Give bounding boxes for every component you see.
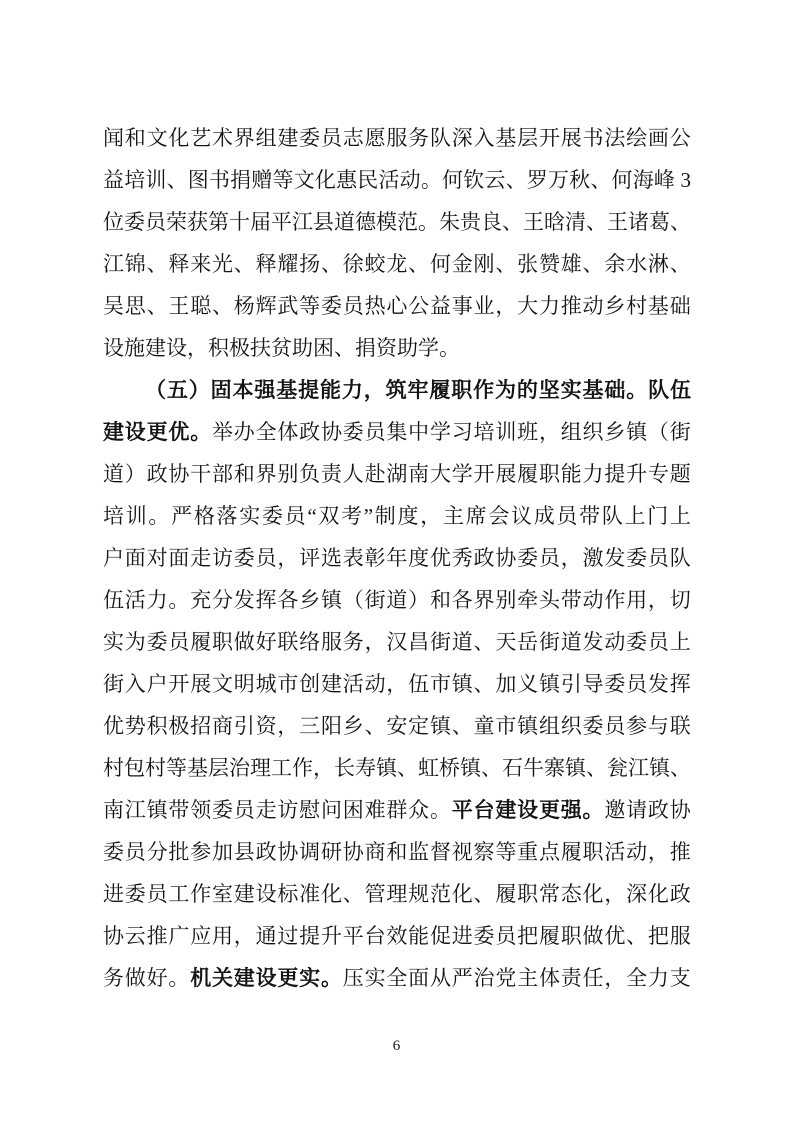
character: 积 — [208, 338, 229, 359]
text-line: 伍活力。充分发挥各乡镇（街道）和各界别牵头带动作用，切 — [103, 579, 691, 621]
character: 秋 — [569, 170, 590, 191]
character: 良 — [481, 212, 502, 233]
character: 化 — [315, 170, 336, 191]
character: 广 — [168, 926, 189, 947]
character: 明 — [234, 674, 255, 695]
character: 光 — [212, 254, 233, 275]
character: 工 — [168, 884, 189, 905]
character: 江 — [628, 758, 649, 779]
character: 、 — [147, 254, 168, 275]
character: 、 — [474, 674, 495, 695]
character: 何 — [612, 170, 633, 191]
character: 、 — [408, 254, 429, 275]
character: 、 — [234, 254, 255, 275]
character: 活 — [378, 170, 399, 191]
character: 等 — [495, 842, 516, 863]
character: 助 — [292, 338, 313, 359]
character: ， — [313, 758, 334, 779]
character: 彰 — [365, 548, 386, 569]
character: 中 — [408, 422, 429, 443]
character: 督 — [430, 842, 451, 863]
character: 、 — [474, 632, 495, 653]
character: 市 — [430, 674, 451, 695]
character: 化 — [583, 884, 604, 905]
bold-character: 力 — [342, 380, 363, 401]
character: 员 — [343, 296, 364, 317]
character: 和 — [125, 128, 146, 149]
character: 务 — [408, 128, 429, 149]
character: 负 — [299, 464, 320, 485]
character: 和 — [386, 842, 407, 863]
character: 支 — [670, 968, 691, 989]
character: 桥 — [439, 758, 460, 779]
character: 获 — [187, 212, 208, 233]
character: 导 — [583, 674, 604, 695]
character: 众 — [408, 800, 429, 821]
character: 赠 — [251, 170, 272, 191]
character: 入 — [474, 128, 495, 149]
character: 举 — [212, 422, 233, 443]
character: 市 — [495, 716, 516, 737]
character: 治 — [229, 758, 250, 779]
text-line: 益培训、图书捐赠等文化惠民活动。何钦云、罗万秋、何海峰 3 — [103, 159, 691, 201]
character: 推 — [670, 842, 691, 863]
character: 展 — [190, 674, 211, 695]
character: 、 — [586, 212, 607, 233]
character: 寨 — [544, 758, 565, 779]
character: 与 — [648, 716, 669, 737]
character: 提 — [299, 926, 320, 947]
character: 昌 — [408, 632, 429, 653]
character: 展 — [495, 464, 516, 485]
character: 员 — [604, 716, 625, 737]
character: 慰 — [299, 800, 320, 821]
character: 何 — [430, 254, 451, 275]
character: 界 — [256, 464, 277, 485]
character: 做 — [125, 968, 146, 989]
character: 织 — [583, 422, 604, 443]
character: 学 — [452, 464, 473, 485]
character: 、 — [670, 758, 691, 779]
character: 进 — [452, 926, 473, 947]
character: 诸 — [628, 212, 649, 233]
character: 何 — [442, 170, 463, 191]
character: 动 — [583, 296, 604, 317]
character: 上 — [670, 632, 691, 653]
character: 动 — [604, 632, 625, 653]
character: 王 — [523, 212, 544, 233]
character: 、 — [502, 212, 523, 233]
character: 络 — [299, 632, 320, 653]
character: 。 — [430, 800, 451, 821]
character: 益 — [430, 296, 451, 317]
character: 别 — [495, 590, 516, 611]
character: 水 — [626, 254, 647, 275]
character: 资 — [376, 338, 397, 359]
bold-character: 机 — [190, 968, 211, 989]
character: 思 — [125, 296, 146, 317]
character: 公 — [670, 128, 691, 149]
character: 群 — [386, 800, 407, 821]
character: ， — [277, 548, 298, 569]
character: 徐 — [343, 254, 364, 275]
character: 做 — [234, 632, 255, 653]
character: 委 — [125, 884, 146, 905]
character: 视 — [452, 842, 473, 863]
character: 联 — [277, 632, 298, 653]
character: 牛 — [523, 758, 544, 779]
character: 严 — [452, 968, 473, 989]
character: 文 — [147, 128, 168, 149]
character: 分 — [147, 842, 168, 863]
bold-character: 能 — [320, 380, 341, 401]
bold-character: 作 — [473, 380, 494, 401]
bold-character: 固 — [211, 380, 232, 401]
character: 助 — [397, 338, 418, 359]
character: 各 — [277, 590, 298, 611]
bold-character: 筑 — [386, 380, 407, 401]
document-page: 闻和文化艺术界组建委员志愿服务队深入基层开展书法绘画公益培训、图书捐赠等文化惠民… — [0, 0, 793, 1122]
character: 培 — [474, 422, 495, 443]
character: 瓮 — [607, 758, 628, 779]
character: 、 — [167, 170, 188, 191]
character: 云 — [125, 926, 146, 947]
bold-character: 基 — [583, 380, 604, 401]
character: 发 — [648, 674, 669, 695]
character: 队 — [430, 128, 451, 149]
bold-character: 关 — [212, 968, 233, 989]
character: 镇 — [147, 800, 168, 821]
character: 基 — [187, 758, 208, 779]
character: 寿 — [355, 758, 376, 779]
character: 云 — [484, 170, 505, 191]
character: 安 — [386, 716, 407, 737]
character: 员 — [168, 632, 189, 653]
character: 村 — [103, 758, 124, 779]
character: 础 — [670, 296, 691, 317]
bold-character: ） — [189, 380, 210, 401]
character: 委 — [212, 800, 233, 821]
character: 化 — [321, 884, 342, 905]
character: 力 — [539, 296, 560, 317]
character: ， — [604, 968, 625, 989]
character: 协 — [321, 422, 342, 443]
character: 员 — [145, 212, 166, 233]
character: 责 — [561, 968, 582, 989]
text-line: 江锦、释来光、释耀扬、徐蛟龙、何金刚、张赞雄、余水淋、 — [103, 243, 691, 285]
character: 户 — [147, 674, 168, 695]
character: 委 — [321, 296, 342, 317]
character: 员 — [321, 128, 342, 149]
character: 体 — [539, 968, 560, 989]
character: 镇 — [539, 674, 560, 695]
character: 服 — [321, 632, 342, 653]
character: 王 — [607, 212, 628, 233]
character: 力 — [583, 464, 604, 485]
character: 推 — [561, 296, 582, 317]
character: 做 — [583, 926, 604, 947]
character: 门 — [647, 506, 668, 527]
bold-character: 牢 — [408, 380, 429, 401]
bold-character: 实 — [299, 968, 320, 989]
character: ） — [408, 590, 429, 611]
character: 充 — [190, 590, 211, 611]
character: 愿 — [365, 128, 386, 149]
bold-character: 。 — [626, 380, 647, 401]
character: 调 — [299, 842, 320, 863]
character: 织 — [561, 716, 582, 737]
character: 镇 — [321, 590, 342, 611]
character: 考 — [341, 506, 362, 527]
character: 理 — [250, 758, 271, 779]
character: 。 — [168, 590, 189, 611]
character: 万 — [548, 170, 569, 191]
character: 体 — [277, 422, 298, 443]
character: 积 — [147, 716, 168, 737]
character: 参 — [626, 716, 647, 737]
character: 、 — [365, 716, 386, 737]
character: 极 — [229, 338, 250, 359]
character: 全 — [386, 968, 407, 989]
character: 化 — [452, 884, 473, 905]
character: 促 — [430, 926, 451, 947]
character: 道 — [452, 632, 473, 653]
character: 县 — [234, 842, 255, 863]
character: 牵 — [517, 590, 538, 611]
character: 余 — [604, 254, 625, 275]
character: 党 — [495, 968, 516, 989]
character: 深 — [452, 128, 473, 149]
character: 开 — [539, 128, 560, 149]
character: 用 — [212, 926, 233, 947]
character: 委 — [517, 548, 538, 569]
character: 深 — [626, 884, 647, 905]
character: 镇 — [376, 758, 397, 779]
character: 态 — [561, 884, 582, 905]
character: 难 — [365, 800, 386, 821]
character: 活 — [125, 590, 146, 611]
character: 设 — [166, 338, 187, 359]
character: 队 — [670, 548, 691, 569]
character: 设 — [103, 338, 124, 359]
character: 扬 — [299, 254, 320, 275]
character: 工 — [271, 758, 292, 779]
character: 对 — [147, 548, 168, 569]
character: 、 — [495, 254, 516, 275]
character: （ — [648, 422, 669, 443]
bold-character: 础 — [604, 380, 625, 401]
character: 动 — [626, 842, 647, 863]
character: 专 — [648, 464, 669, 485]
character: 规 — [408, 884, 429, 905]
character: 晗 — [544, 212, 565, 233]
character: 员 — [285, 506, 306, 527]
bold-character: 职 — [451, 380, 472, 401]
character: 伍 — [408, 674, 429, 695]
character: 商 — [212, 716, 233, 737]
character: 释 — [256, 254, 277, 275]
page-number: 6 — [0, 1038, 793, 1055]
character: 动 — [365, 674, 386, 695]
character: 镇 — [460, 758, 481, 779]
character: 镇 — [565, 758, 586, 779]
character: 道 — [386, 590, 407, 611]
bold-character: 平 — [452, 800, 473, 821]
character: 作 — [604, 590, 625, 611]
character: 海 — [633, 170, 654, 191]
character: 扶 — [250, 338, 271, 359]
character: 上 — [670, 506, 691, 527]
character: 进 — [103, 884, 124, 905]
character: 、 — [590, 170, 611, 191]
character: 班 — [517, 422, 538, 443]
text-line: 户面对面走访委员，评选表彰年度优秀政协委员，激发委员队 — [103, 537, 691, 579]
character: 应 — [190, 926, 211, 947]
character: 常 — [539, 884, 560, 905]
character: 主 — [517, 968, 538, 989]
bold-character: 台 — [474, 800, 495, 821]
character: 职 — [561, 926, 582, 947]
character: 队 — [602, 506, 623, 527]
bold-character: 更 — [277, 968, 298, 989]
character: 定 — [408, 716, 429, 737]
character: 、 — [586, 758, 607, 779]
character: 书 — [583, 128, 604, 149]
character: 龙 — [386, 254, 407, 275]
character: 王 — [168, 296, 189, 317]
character: 张 — [517, 254, 538, 275]
character: 书 — [209, 170, 230, 191]
character: 位 — [103, 212, 124, 233]
character: 会 — [488, 506, 509, 527]
character: 表 — [343, 548, 364, 569]
character: 升 — [321, 926, 342, 947]
character: 势 — [125, 716, 146, 737]
text-line: （五）固本强基提能力，筑牢履职作为的坚实基础。队伍 — [103, 369, 691, 411]
character: 协 — [277, 842, 298, 863]
character: 政 — [474, 548, 495, 569]
character: 赴 — [365, 464, 386, 485]
bold-character: 基 — [276, 380, 297, 401]
bold-character: 坚 — [539, 380, 560, 401]
character: 赞 — [539, 254, 560, 275]
character: 集 — [386, 422, 407, 443]
character: 学 — [418, 338, 439, 359]
bold-character: 更 — [147, 422, 168, 443]
character: 员 — [626, 674, 647, 695]
character: 务 — [343, 632, 364, 653]
character: 政 — [147, 464, 168, 485]
character: 问 — [321, 800, 342, 821]
character: 入 — [125, 674, 146, 695]
character: 职 — [212, 632, 233, 653]
character: 大 — [517, 296, 538, 317]
character: 基 — [648, 296, 669, 317]
character: 标 — [277, 884, 298, 905]
character: 镇 — [626, 422, 647, 443]
bold-character: 本 — [233, 380, 254, 401]
character: 邀 — [604, 800, 625, 821]
character: 吴 — [103, 296, 124, 317]
character: 南 — [408, 464, 429, 485]
character: 。 — [418, 212, 439, 233]
character: 面 — [408, 968, 429, 989]
character: 委 — [124, 212, 145, 233]
character: 优 — [103, 716, 124, 737]
character: 委 — [299, 128, 320, 149]
character: 员 — [556, 506, 577, 527]
character: 动 — [583, 590, 604, 611]
character: 平 — [343, 926, 364, 947]
character: 、 — [670, 212, 691, 233]
document-text-block: 闻和文化艺术界组建委员志愿服务队深入基层开展书法绘画公益培训、图书捐赠等文化惠民… — [103, 117, 691, 999]
character: 商 — [365, 842, 386, 863]
bold-character: 建 — [234, 968, 255, 989]
character: ， — [386, 674, 407, 695]
bold-character: 设 — [125, 422, 146, 443]
character: 道 — [334, 212, 355, 233]
character: 训 — [126, 506, 147, 527]
character: 政 — [299, 422, 320, 443]
character: ， — [234, 926, 255, 947]
character: 南 — [103, 800, 124, 821]
bold-character: 的 — [517, 380, 538, 401]
character: 县 — [313, 212, 334, 233]
character: 淋 — [648, 254, 669, 275]
character: 面 — [125, 548, 146, 569]
text-line: 优势积极招商引资，三阳乡、安定镇、童市镇组织委员参与联 — [103, 705, 691, 747]
text-line: 道）政协干部和界别负责人赴湖南大学开展履职能力提升专题 — [103, 453, 691, 495]
character: 艺 — [190, 128, 211, 149]
character: 街 — [430, 632, 451, 653]
character: 、 — [626, 926, 647, 947]
character: 责 — [321, 464, 342, 485]
character: 图 — [188, 170, 209, 191]
character: 岳 — [517, 632, 538, 653]
character: 道 — [103, 464, 124, 485]
bold-character: 履 — [429, 380, 450, 401]
character: 严 — [171, 506, 192, 527]
character: 文 — [294, 170, 315, 191]
character: 度 — [408, 548, 429, 569]
character: 释 — [168, 254, 189, 275]
character: 第 — [208, 212, 229, 233]
character: 员 — [147, 884, 168, 905]
bold-character: 伍 — [670, 380, 691, 401]
character: 把 — [517, 926, 538, 947]
character: 江 — [125, 800, 146, 821]
character: 益 — [103, 170, 124, 191]
text-line: 位委员荣获第十届平江县道德模范。朱贵良、王晗清、王诸葛、 — [103, 201, 691, 243]
character: 化 — [168, 128, 189, 149]
character: 委 — [262, 506, 283, 527]
character: ， — [648, 590, 669, 611]
character: 和 — [234, 464, 255, 485]
character: 十 — [229, 212, 250, 233]
character: 年 — [386, 548, 407, 569]
character: 建 — [321, 674, 342, 695]
character: 升 — [626, 464, 647, 485]
character: 武 — [277, 296, 298, 317]
character: 履 — [561, 842, 582, 863]
character: 监 — [408, 842, 429, 863]
character: 委 — [626, 548, 647, 569]
character: 请 — [626, 800, 647, 821]
character: 届 — [250, 212, 271, 233]
character: 履 — [495, 884, 516, 905]
bold-character: 。 — [190, 422, 211, 443]
character: 员 — [365, 422, 386, 443]
